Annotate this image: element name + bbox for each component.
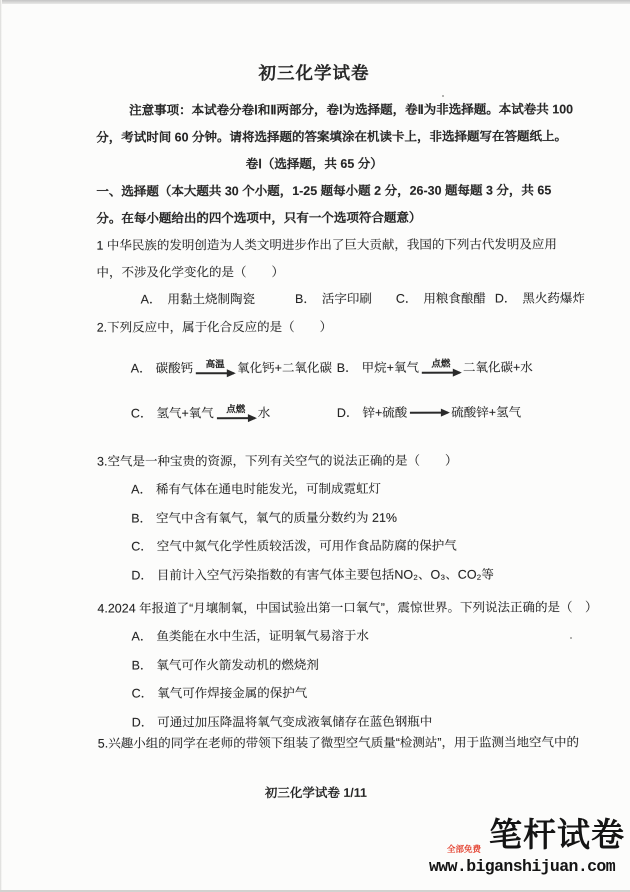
option-a: A． 碳酸钙 高温 氧化钙+二氧化碳 (131, 355, 337, 383)
option-a: A．稀有气体在通电时能发光，可制成霓虹灯 (131, 475, 494, 504)
question-stem: 中，不涉及化学变化的是（ ） (97, 258, 585, 286)
question-stem: 5.兴趣小组的同学在老师的带领下组装了微型空气质量“检测站”，用于监测当地空气中… (98, 729, 579, 757)
notice-block: 注意事项：本试卷分卷Ⅰ和Ⅱ两部分，卷Ⅰ为选择题，卷Ⅱ为非选择题。本试卷共 100… (96, 96, 573, 151)
question-2: 2.下列反应中，属于化合反应的是（ ） A． 碳酸钙 高温 氧化钙+二氧化碳 B… (97, 313, 533, 427)
option-label: A． (131, 630, 152, 644)
products: 二氧化碳+水 (463, 354, 533, 381)
notice-line: 注意事项：本试卷分卷Ⅰ和Ⅱ两部分，卷Ⅰ为选择题，卷Ⅱ为非选择题。本试卷共 100 (129, 96, 573, 124)
option-label: C． (131, 400, 153, 427)
option-c: C． 氢气+氧气 点燃 水 (131, 400, 337, 428)
option-d: D．目前计入空气污染指数的有害气体主要包括NO₂、O₃、CO₂等 (131, 560, 494, 589)
option-text: 用粮食酿醋 (423, 292, 486, 306)
option-label: D． (132, 715, 154, 729)
reactants: 氢气+氧气 (156, 400, 213, 427)
option-c: C．用粮食酿醋 (396, 286, 486, 313)
option-b: B．活字印刷 (295, 286, 372, 313)
page-title: 初三化学试卷 (0, 59, 629, 88)
option-text: 用黏土烧制陶瓷 (167, 292, 255, 306)
products: 水 (258, 400, 271, 427)
option-text: 黑火药爆炸 (522, 291, 585, 305)
option-label: B． (337, 355, 358, 382)
option-label: D． (495, 291, 517, 305)
option-label: D． (131, 568, 153, 582)
question-options: A．用黏土烧制陶瓷 B．活字印刷 C．用粮食酿醋 D．黑火药爆炸 (141, 285, 585, 313)
question-5: 5.兴趣小组的同学在老师的带领下组装了微型空气质量“检测站”，用于监测当地空气中… (98, 729, 579, 757)
notice-line: 分，考试时间 60 分钟。请将选择题的答案填涂在机读卡上，非选择题写在答题纸上。 (96, 123, 573, 151)
watermark: 笔杆试卷 全部免费 www.biganshijuan.com (428, 816, 628, 886)
option-label: D． (337, 400, 359, 427)
option-label: C． (131, 540, 153, 554)
option-a: A．用黏土烧制陶瓷 (141, 286, 255, 313)
watermark-brand: 笔杆试卷 (489, 818, 625, 852)
option-label: B． (295, 292, 316, 306)
reactants: 碳酸钙 (156, 355, 194, 382)
reaction-condition: 点燃 (226, 405, 245, 415)
products: 硫酸锌+氢气 (451, 399, 521, 426)
option-label: A． (141, 292, 162, 306)
exam-paper-page: 初三化学试卷 注意事项：本试卷分卷Ⅰ和Ⅱ两部分，卷Ⅰ为选择题，卷Ⅱ为非选择题。本… (0, 0, 630, 892)
question-stem: 1 中华民族的发明创造为人类文明进步作出了巨大贡献，我国的下列古代发明及应用 (96, 231, 584, 259)
section-heading: 一、选择题（本大题共 30 个小题，1-25 题每小题 2 分，26-30 题每… (96, 177, 551, 232)
option-text: 空气中氮气化学性质较活泼，可用作食品防腐的保护气 (157, 539, 457, 554)
option-label: A． (131, 355, 152, 382)
part1-title: 卷Ⅰ（选择题，共 65 分） (0, 150, 629, 179)
option-label: B． (131, 511, 152, 525)
option-label: A． (131, 483, 152, 497)
reaction-arrow-icon (410, 410, 448, 417)
option-text: 稀有气体在通电时能发光，可制成霓虹灯 (156, 482, 381, 497)
reaction-arrow-icon: 高温 (196, 360, 234, 377)
watermark-url: www.biganshijuan.com (429, 857, 615, 876)
question-1: 1 中华民族的发明创造为人类文明进步作出了巨大贡献，我国的下列古代发明及应用 中… (96, 231, 585, 313)
reaction-arrow-icon: 点燃 (422, 360, 460, 377)
section-heading-line: 一、选择题（本大题共 30 个小题，1-25 题每小题 2 分，26-30 题每… (96, 177, 551, 205)
reactants: 锌+硫酸 (362, 400, 407, 427)
question-options: A． 碳酸钙 高温 氧化钙+二氧化碳 B． 甲烷+氧气 点燃 二氧化碳+水 C．… (131, 354, 533, 427)
option-label: B． (132, 658, 153, 672)
reactants: 甲烷+氧气 (362, 355, 419, 382)
option-text: 可通过加压降温将氧气变成液氧储存在蓝色钢瓶中 (157, 714, 432, 729)
option-text: 氧气可作焊接金属的保护气 (157, 686, 307, 700)
footer-page-label: 初三化学试卷 1/11 (1, 782, 630, 802)
reaction-arrow-icon: 点燃 (217, 405, 255, 422)
option-b: B．氧气可作火箭发动机的燃烧剂 (132, 650, 598, 680)
option-label: C． (132, 687, 154, 701)
option-b: B．空气中含有氧气，氧气的质量分数约为 21% (131, 503, 494, 532)
option-text: 氧气可作火箭发动机的燃烧剂 (156, 658, 319, 672)
option-c: C．氧气可作焊接金属的保护气 (132, 678, 598, 708)
option-b: B． 甲烷+氧气 点燃 二氧化碳+水 (337, 354, 533, 382)
question-stem: 3.空气是一种宝贵的资源，下列有关空气的说法正确的是（ ） (97, 447, 494, 476)
section-heading-line: 分。在每小题给出的四个选项中，只有一个选项符合题意） (96, 204, 551, 232)
option-text: 空气中含有氧气，氧气的质量分数约为 21% (156, 511, 397, 526)
option-text: 鱼类能在水中生活，证明氧气易溶于水 (156, 629, 369, 644)
page-content: 初三化学试卷 注意事项：本试卷分卷Ⅰ和Ⅱ两部分，卷Ⅰ为选择题，卷Ⅱ为非选择题。本… (0, 0, 630, 892)
option-a: A．鱼类能在水中生活，证明氧气易溶于水 (131, 622, 597, 652)
products: 氧化钙+二氧化碳 (237, 355, 332, 382)
question-3: 3.空气是一种宝贵的资源，下列有关空气的说法正确的是（ ） A．稀有气体在通电时… (97, 447, 494, 590)
watermark-free-badge: 全部免费 (447, 845, 481, 854)
option-label: C． (396, 292, 418, 306)
option-d: D． 锌+硫酸 硫酸锌+氢气 (337, 399, 533, 427)
question-stem: 2.下列反应中，属于化合反应的是（ ） (97, 313, 533, 341)
reaction-condition: 点燃 (431, 360, 450, 370)
option-text: 目前计入空气污染指数的有害气体主要包括NO₂、O₃、CO₂等 (157, 567, 494, 582)
option-d: D．黑火药爆炸 (495, 285, 585, 312)
question-stem: 4.2024 年报道了“月壤制氧，中国试验出第一口氧气”，震惊世界。下列说法正确… (97, 593, 597, 623)
reaction-condition: 高温 (206, 360, 225, 370)
option-c: C．空气中氮气化学性质较活泼，可用作食品防腐的保护气 (131, 532, 494, 561)
question-4: 4.2024 年报道了“月壤制氧，中国试验出第一口氧气”，震惊世界。下列说法正确… (97, 593, 597, 736)
option-text: 活字印刷 (322, 292, 372, 306)
